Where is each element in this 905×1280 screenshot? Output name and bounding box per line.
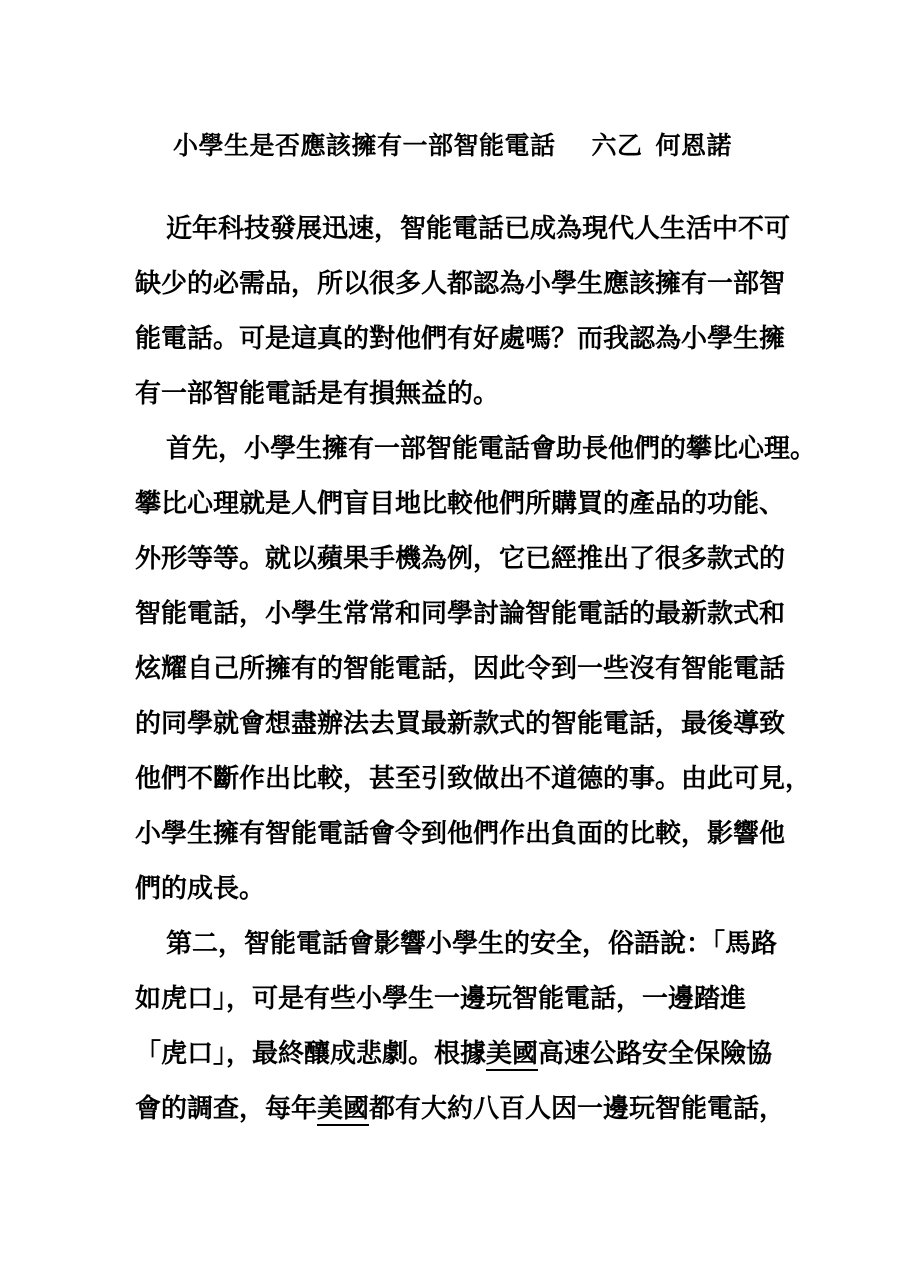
underlined-proper-noun: 美國 (317, 1094, 369, 1126)
text-line: 「虎口」，最終釀成悲劇。根據美國高速公路安全保險協 (135, 1027, 835, 1082)
text-segment: 他們不斷作出比較，甚至引致做出不道德的事。由此可見， (135, 764, 811, 794)
text-line: 首先，小學生擁有一部智能電話會助長他們的攀比心理。 (135, 422, 835, 477)
text-segment: 第二，智能電話會影響小學生的安全，俗語說：「馬路 (166, 929, 777, 959)
document-page: 小學生是否應該擁有一部智能電話六乙何恩諾 近年科技發展迅速，智能電話已成為現代人… (0, 0, 905, 1280)
text-segment: 「虎口」，最終釀成悲劇。根據 (135, 1039, 486, 1069)
text-line: 他們不斷作出比較，甚至引致做出不道德的事。由此可見， (135, 752, 835, 807)
text-segment: 首先，小學生擁有一部智能電話會助長他們的攀比心理。 (166, 434, 816, 464)
text-line: 攀比心理就是人們盲目地比較他們所購買的產品的功能、 (135, 477, 835, 532)
text-segment: 攀比心理就是人們盲目地比較他們所購買的產品的功能、 (135, 489, 785, 519)
title-author-name: 何恩諾 (656, 131, 733, 160)
underlined-proper-noun: 美國 (486, 1039, 538, 1071)
text-segment: 炫耀自己所擁有的智能電話，因此令到一些沒有智能電話 (135, 654, 785, 684)
text-segment: 有一部智能電話是有損無益的。 (135, 379, 499, 409)
text-segment: 小學生擁有智能電話會令到他們作出負面的比較，影響他 (135, 819, 785, 849)
text-line: 炫耀自己所擁有的智能電話，因此令到一些沒有智能電話 (135, 642, 835, 697)
document-title: 小學生是否應該擁有一部智能電話六乙何恩諾 (0, 126, 905, 166)
text-segment: 的同學就會想盡辦法去買最新款式的智能電話，最後導致 (135, 709, 785, 739)
text-segment: 會的調查，每年 (135, 1094, 317, 1124)
text-segment: 高速公路安全保險協 (538, 1039, 772, 1069)
text-segment: 如虎口」，可是有些小學生一邊玩智能電話，一邊踏進 (135, 984, 746, 1014)
text-line: 小學生擁有智能電話會令到他們作出負面的比較，影響他 (135, 807, 835, 862)
text-line: 智能電話，小學生常常和同學討論智能電話的最新款式和 (135, 587, 835, 642)
text-line: 外形等等。就以蘋果手機為例，它已經推出了很多款式的 (135, 532, 835, 587)
text-segment: 都有大約八百人因一邊玩智能電話， (369, 1094, 785, 1124)
text-line: 如虎口」，可是有些小學生一邊玩智能電話，一邊踏進 (135, 972, 835, 1027)
text-segment: 外形等等。就以蘋果手機為例，它已經推出了很多款式的 (135, 544, 785, 574)
text-segment: 智能電話，小學生常常和同學討論智能電話的最新款式和 (135, 599, 785, 629)
text-line: 第二，智能電話會影響小學生的安全，俗語說：「馬路 (135, 917, 835, 972)
text-segment: 能電話。可是這真的對他們有好處嗎？而我認為小學生擁 (135, 324, 785, 354)
text-line: 能電話。可是這真的對他們有好處嗎？而我認為小學生擁 (135, 312, 835, 367)
text-segment: 們的成長。 (135, 874, 265, 904)
text-line: 會的調查，每年美國都有大約八百人因一邊玩智能電話， (135, 1082, 835, 1137)
text-line: 的同學就會想盡辦法去買最新款式的智能電話，最後導致 (135, 697, 835, 752)
title-class-name: 六乙 (591, 131, 642, 160)
text-line: 缺少的必需品，所以很多人都認為小學生應該擁有一部智 (135, 257, 835, 312)
document-body: 近年科技發展迅速，智能電話已成為現代人生活中不可缺少的必需品，所以很多人都認為小… (135, 202, 835, 1137)
text-line: 近年科技發展迅速，智能電話已成為現代人生活中不可 (135, 202, 835, 257)
text-line: 們的成長。 (135, 862, 835, 917)
text-segment: 缺少的必需品，所以很多人都認為小學生應該擁有一部智 (135, 269, 785, 299)
text-segment: 近年科技發展迅速，智能電話已成為現代人生活中不可 (166, 214, 790, 244)
text-line: 有一部智能電話是有損無益的。 (135, 367, 835, 422)
title-text: 小學生是否應該擁有一部智能電話 (173, 131, 556, 160)
